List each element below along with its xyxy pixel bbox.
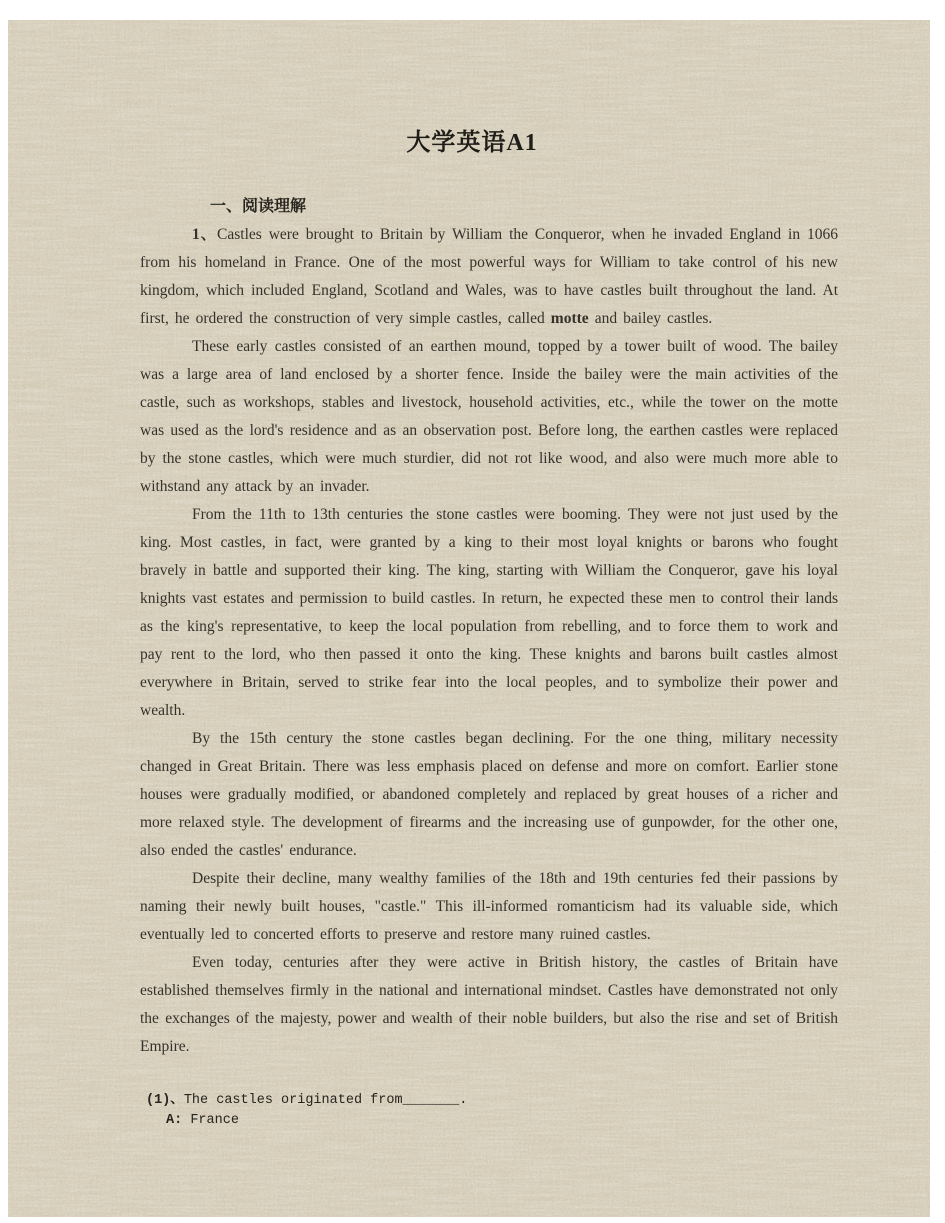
paragraph-number: 1、 (192, 226, 217, 243)
passage-paragraph-2: These early castles consisted of an eart… (140, 333, 838, 501)
question-text: The castles originated from_______. (184, 1093, 468, 1108)
document-title: 大学英语A1 (140, 122, 804, 157)
paragraph-1-text-before: Castles were brought to Britain by Willi… (140, 226, 838, 327)
question-block: (1)、The castles originated from_______. … (140, 1091, 838, 1131)
passage-paragraph-6: Even today, centuries after they were ac… (140, 949, 838, 1061)
question-1: (1)、The castles originated from_______. (146, 1091, 838, 1111)
paragraph-1-text-after: and bailey castles. (589, 310, 713, 327)
screenshot-canvas: 大学英语A1 一、阅读理解 1、Castles were brought to … (0, 0, 945, 1223)
passage-paragraph-5: Despite their decline, many wealthy fami… (140, 865, 838, 949)
reading-passage: 1、Castles were brought to Britain by Wil… (140, 221, 838, 1061)
option-a-text: France (190, 1113, 239, 1128)
passage-paragraph-4: By the 15th century the stone castles be… (140, 725, 838, 865)
section-heading: 一、阅读理解 (210, 193, 838, 216)
document-content: 大学英语A1 一、阅读理解 1、Castles were brought to … (8, 20, 930, 1131)
question-number: (1)、 (146, 1093, 184, 1108)
option-a-label: A: (166, 1113, 182, 1128)
passage-paragraph-1: 1、Castles were brought to Britain by Wil… (140, 221, 838, 333)
document-page: 大学英语A1 一、阅读理解 1、Castles were brought to … (8, 20, 930, 1217)
question-1-option-a: A: France (166, 1111, 838, 1131)
passage-paragraph-3: From the 11th to 13th centuries the ston… (140, 501, 838, 725)
bold-term-motte: motte (551, 310, 589, 327)
